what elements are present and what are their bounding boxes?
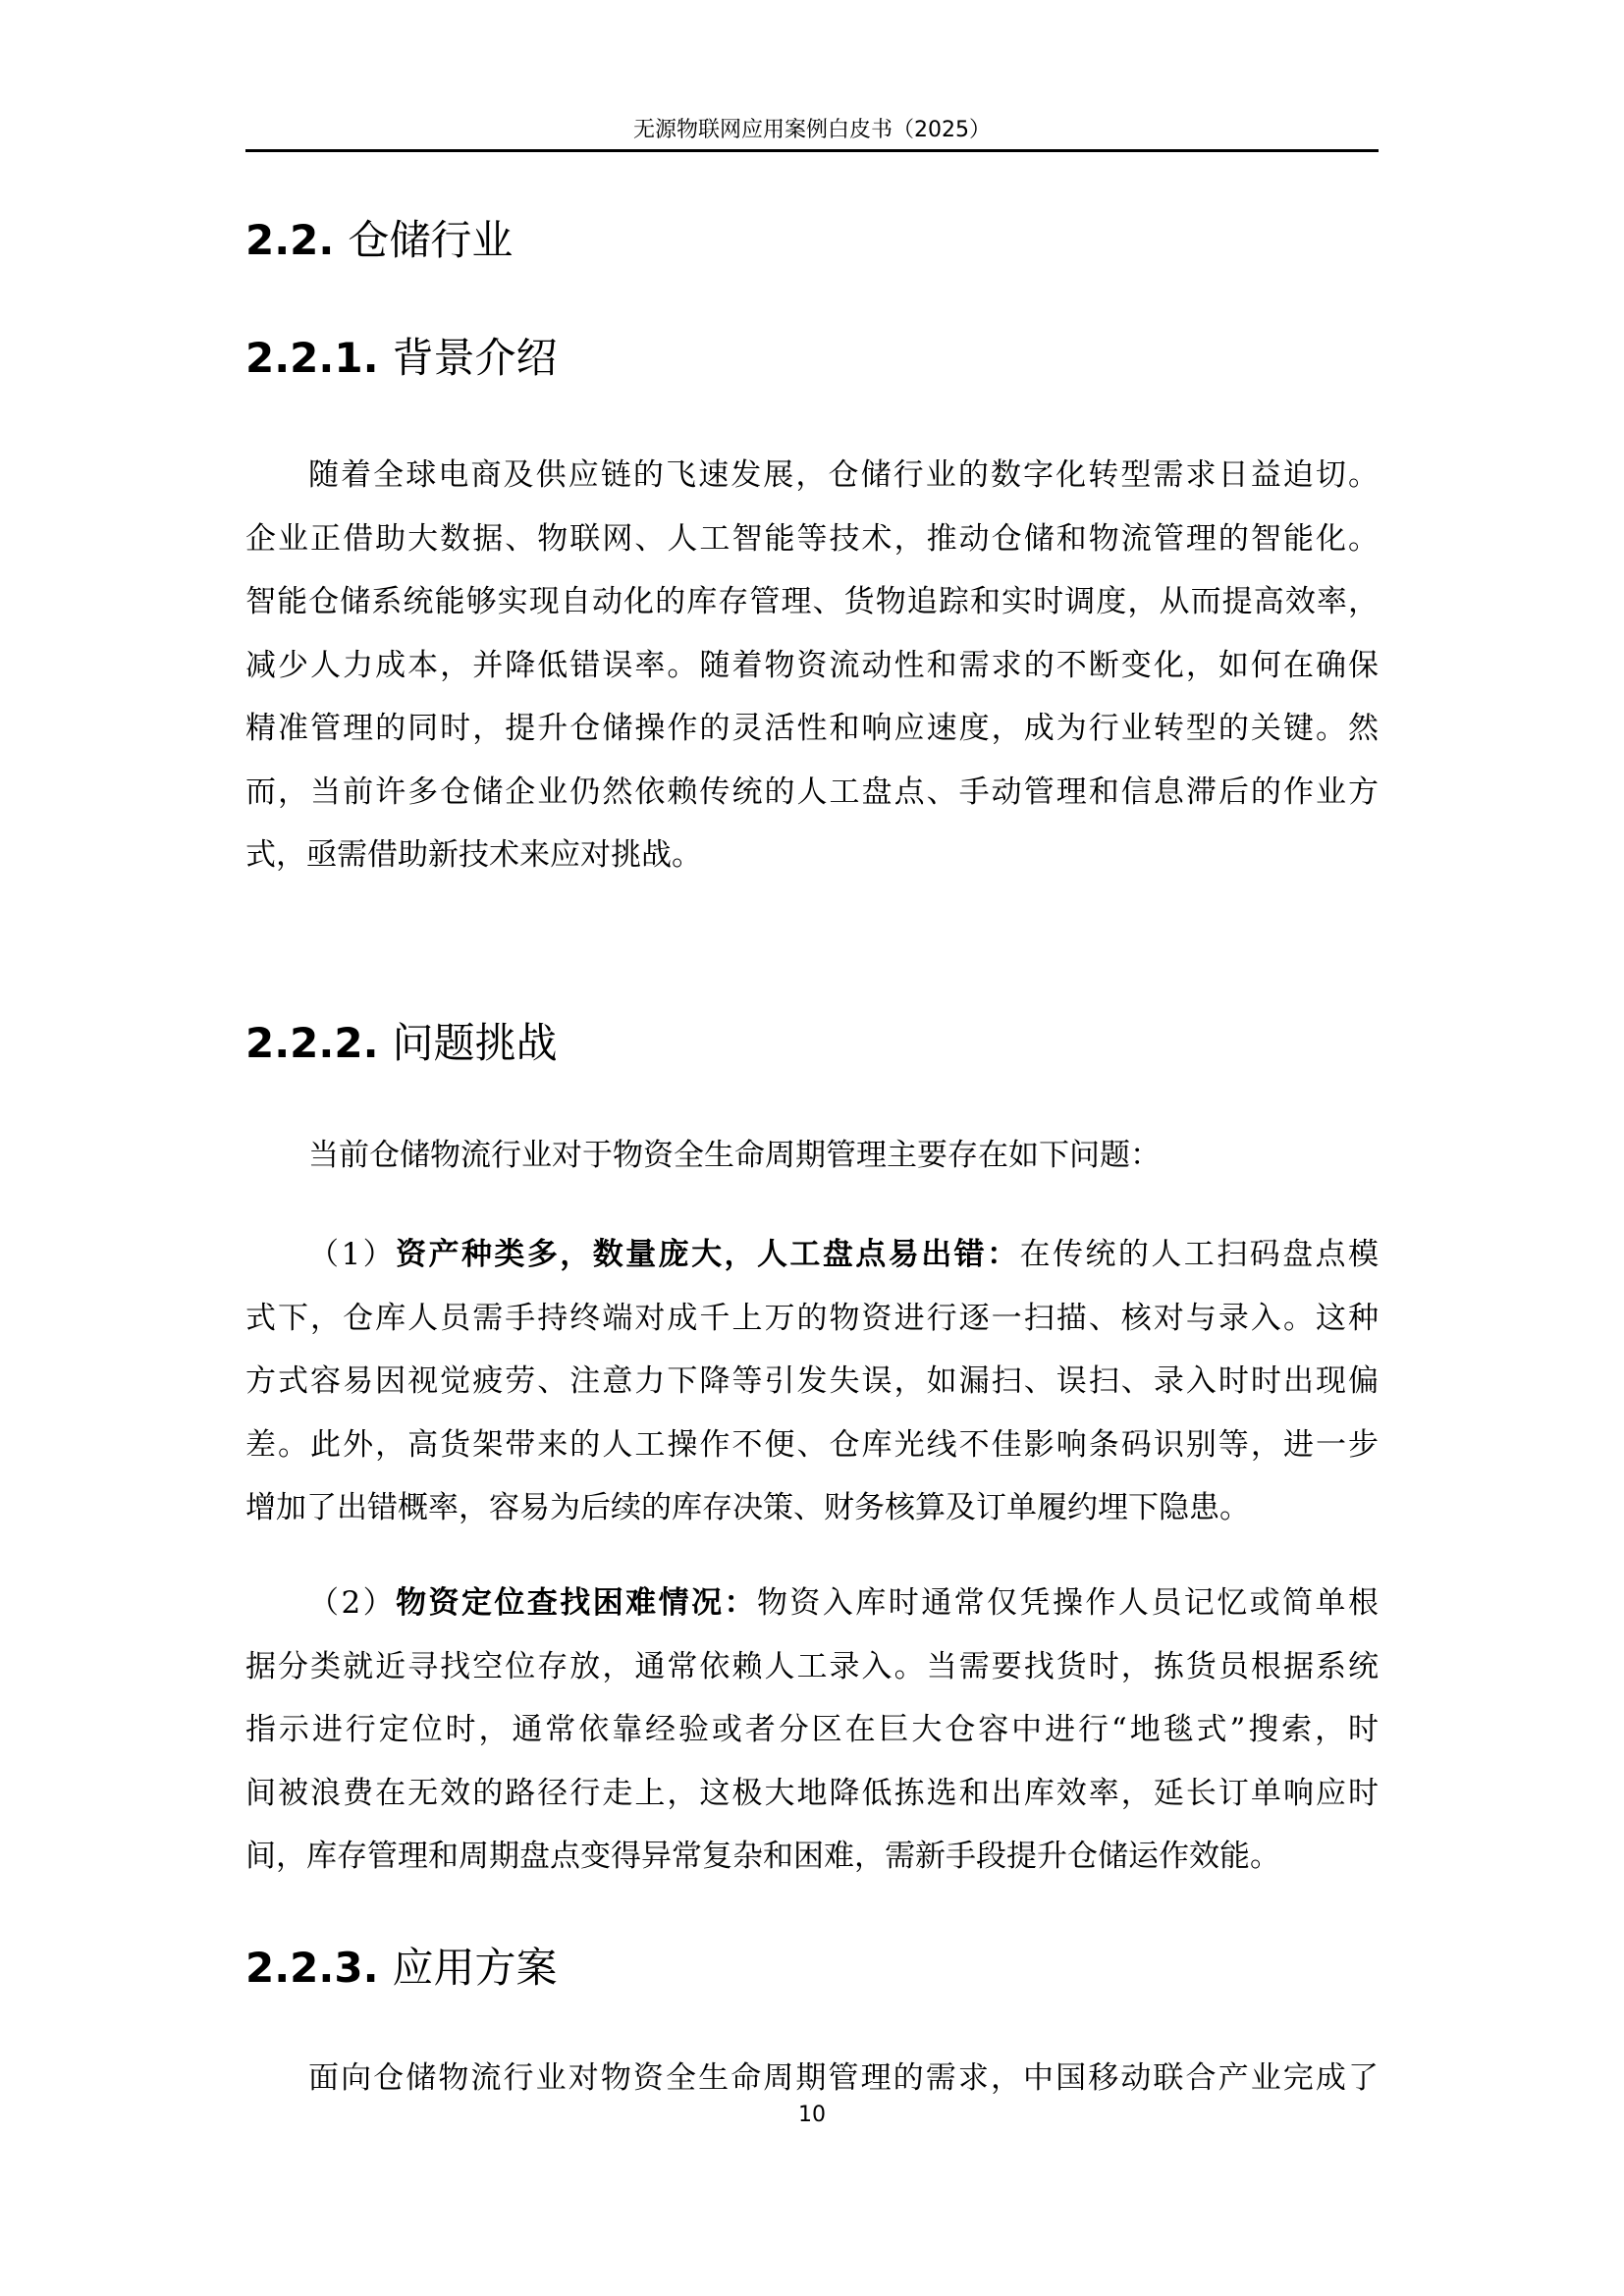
section-number: 2.2.	[245, 216, 334, 264]
header-divider	[245, 149, 1379, 152]
paragraph-line: 方式容易因视觉疲劳、注意力下降等引发失误，如漏扫、误扫、录入时时出现偏	[245, 1350, 1379, 1414]
paragraph-line: 间被浪费在无效的路径行走上，这极大地降低拣选和出库效率，延长订单响应时	[245, 1762, 1379, 1826]
item-text: 物资入库时通常仅凭操作人员记忆或简单根	[757, 1585, 1379, 1621]
challenge-item-2: （2）物资定位查找困难情况：物资入库时通常仅凭操作人员记忆或简单根 据分类就近寻…	[245, 1572, 1379, 1889]
paragraph-line: 指示进行定位时，通常依靠经验或者分区在巨大仓容中进行“地毯式”搜索，时	[245, 1698, 1379, 1762]
section-heading-2-2-2: 2.2.2.问题挑战	[245, 1019, 558, 1068]
paragraph-line: （2）物资定位查找困难情况：物资入库时通常仅凭操作人员记忆或简单根	[245, 1572, 1379, 1635]
paragraph-line: 随着全球电商及供应链的飞速发展，仓储行业的数字化转型需求日益迫切。	[245, 444, 1379, 507]
section-title: 应用方案	[393, 1944, 558, 1992]
paragraph-line: 而，当前许多仓储企业仍然依赖传统的人工盘点、手动管理和信息滞后的作业方	[245, 761, 1379, 825]
section-number: 2.2.3.	[245, 1944, 379, 1992]
challenges-intro: 当前仓储物流行业对于物资全生命周期管理主要存在如下问题：	[245, 1124, 1379, 1188]
paragraph-line: 减少人力成本，并降低错误率。随着物资流动性和需求的不断变化，如何在确保	[245, 634, 1379, 698]
paragraph-line: 精准管理的同时，提升仓储操作的灵活性和响应速度，成为行业转型的关键。然	[245, 697, 1379, 761]
paragraph-line: 式，亟需借助新技术来应对挑战。	[245, 824, 1379, 887]
section-title: 背景介绍	[393, 334, 558, 382]
paragraph-line: 据分类就近寻找空位存放，通常依赖人工录入。当需要找货时，拣货员根据系统	[245, 1635, 1379, 1699]
paragraph-line: 式下，仓库人员需手持终端对成千上万的物资进行逐一扫描、核对与录入。这种	[245, 1287, 1379, 1351]
paragraph-line: 当前仓储物流行业对于物资全生命周期管理主要存在如下问题：	[245, 1124, 1379, 1188]
page-number: 10	[245, 2101, 1379, 2130]
section-title: 仓储行业	[348, 216, 513, 264]
section-number: 2.2.1.	[245, 334, 379, 382]
item-bold-title: 物资定位查找困难情况：	[396, 1585, 757, 1621]
item-prefix: （2）	[308, 1585, 396, 1621]
paragraph-line: 智能仓储系统能够实现自动化的库存管理、货物追踪和实时调度，从而提高效率，	[245, 570, 1379, 634]
background-paragraph: 随着全球电商及供应链的飞速发展，仓储行业的数字化转型需求日益迫切。 企业正借助大…	[245, 444, 1379, 887]
paragraph-line: 差。此外，高货架带来的人工操作不便、仓库光线不佳影响条码识别等，进一步	[245, 1414, 1379, 1477]
section-number: 2.2.2.	[245, 1019, 379, 1067]
section-title: 问题挑战	[393, 1019, 558, 1067]
challenge-item-1: （1）资产种类多，数量庞大，人工盘点易出错：在传统的人工扫码盘点模 式下，仓库人…	[245, 1223, 1379, 1540]
paragraph-line: 企业正借助大数据、物联网、人工智能等技术，推动仓储和物流管理的智能化。	[245, 507, 1379, 571]
paragraph-line: 间，库存管理和周期盘点变得异常复杂和困难，需新手段提升仓储运作效能。	[245, 1825, 1379, 1889]
section-heading-2-2-3: 2.2.3.应用方案	[245, 1944, 558, 1993]
item-text: 在传统的人工扫码盘点模	[1020, 1237, 1379, 1272]
item-bold-title: 资产种类多，数量庞大，人工盘点易出错：	[396, 1237, 1019, 1272]
item-prefix: （1）	[308, 1237, 396, 1272]
paragraph-line: （1）资产种类多，数量庞大，人工盘点易出错：在传统的人工扫码盘点模	[245, 1223, 1379, 1287]
section-heading-2-2-1: 2.2.1.背景介绍	[245, 334, 558, 383]
running-header-title: 无源物联网应用案例白皮书（2025）	[245, 116, 1379, 145]
section-heading-2-2: 2.2.仓储行业	[245, 216, 513, 265]
paragraph-line: 增加了出错概率，容易为后续的库存决策、财务核算及订单履约埋下隐患。	[245, 1476, 1379, 1540]
